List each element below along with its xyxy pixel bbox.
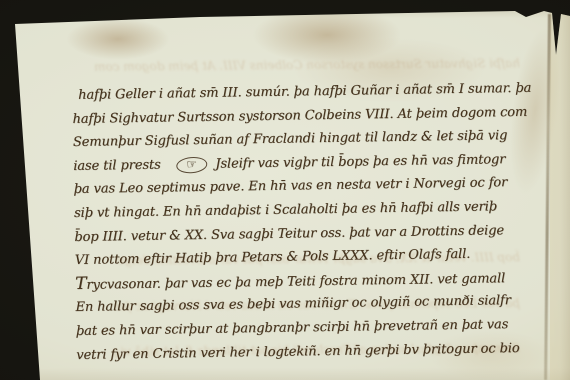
stain <box>66 18 170 60</box>
line-4-pre: iase til prests <box>73 157 161 173</box>
manicule-icon: ☞ <box>176 156 208 175</box>
photo-background: hafþi Sighvatur Surtsson systorson Colbe… <box>0 0 570 380</box>
line-4-post: Jsleifr vas vigþr til b̄ops þa es hn̄ va… <box>215 152 505 172</box>
manuscript-text: hafþi Geller i añat sm̄ III. sumúr. þa h… <box>72 76 554 367</box>
manuscript-page: hafþi Sighvatur Surtsson systorson Colbe… <box>0 0 570 380</box>
